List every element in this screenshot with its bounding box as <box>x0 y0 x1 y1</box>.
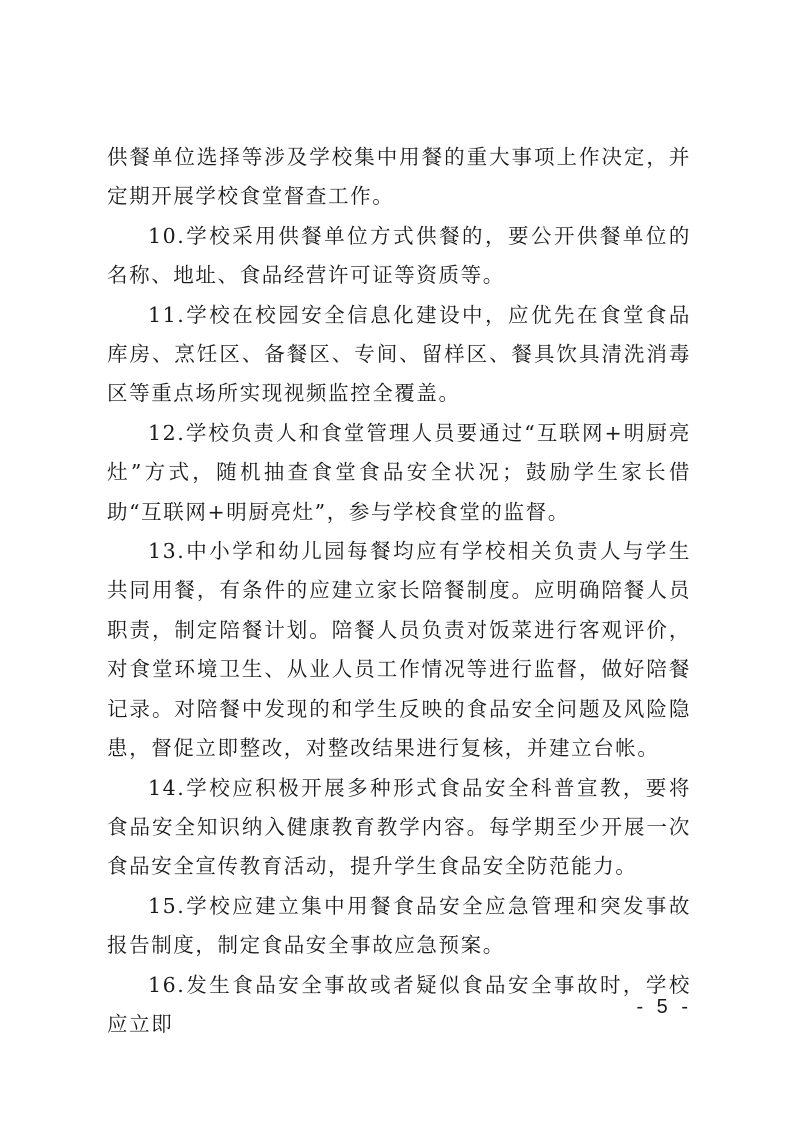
paragraph-item-13: 13.中小学和幼儿园每餐均应有学校相关负责人与学生共同用餐，有条件的应建立家长陪… <box>107 532 691 768</box>
document-page: 供餐单位选择等涉及学校集中用餐的重大事项上作决定，并定期开展学校食堂督查工作。 … <box>0 0 794 1123</box>
paragraph-item-16: 16.发生食品安全事故或者疑似食品安全事故时，学校应立即 <box>107 966 691 1045</box>
page-number: - 5 - <box>636 996 692 1019</box>
paragraph-item-15: 15.学校应建立集中用餐食品安全应急管理和突发事故报告制度，制定食品安全事故应急… <box>107 887 691 966</box>
paragraph-continuation: 供餐单位选择等涉及学校集中用餐的重大事项上作决定，并定期开展学校食堂督查工作。 <box>107 138 691 217</box>
paragraph-item-12: 12.学校负责人和食堂管理人员要通过“互联网+明厨亮灶”方式，随机抽查食堂食品安… <box>107 414 691 532</box>
paragraph-item-10: 10.学校采用供餐单位方式供餐的，要公开供餐单位的名称、地址、食品经营许可证等资… <box>107 217 691 296</box>
paragraph-item-14: 14.学校应积极开展多种形式食品安全科普宣教，要将食品安全知识纳入健康教育教学内… <box>107 769 691 887</box>
document-body: 供餐单位选择等涉及学校集中用餐的重大事项上作决定，并定期开展学校食堂督查工作。 … <box>107 138 691 1044</box>
paragraph-item-11: 11.学校在校园安全信息化建设中，应优先在食堂食品库房、烹饪区、备餐区、专间、留… <box>107 296 691 414</box>
